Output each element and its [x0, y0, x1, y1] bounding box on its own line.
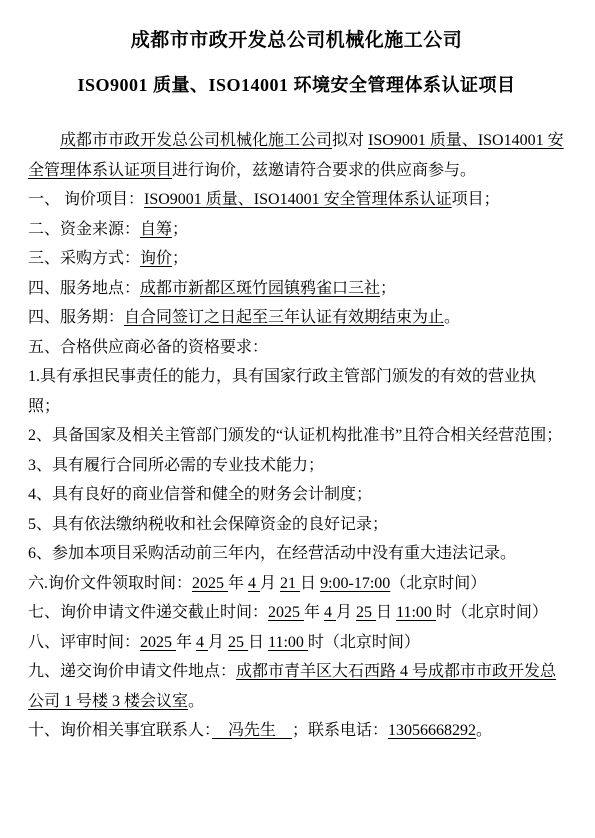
- text-run: 。: [476, 722, 492, 739]
- intro-paragraph: 成都市市政开发总公司机械化施工公司拟对 ISO9001 质量、ISO14001 …: [28, 126, 565, 185]
- item-6-document-collection-time: 六.询价文件领取时间：2025 年 4 月 21 日 9:00-17:00（北京…: [28, 569, 565, 599]
- underlined-text-run: 询价: [140, 250, 172, 267]
- text-run: 。: [444, 309, 460, 326]
- text-run: 时（北京时间）: [308, 634, 420, 651]
- item-8-review-time: 八、评审时间：2025 年 4 月 25 日 11:00 时（北京时间）: [28, 628, 565, 658]
- underlined-text-run: 2025: [268, 604, 304, 621]
- underlined-text-run: 自筹: [140, 221, 172, 238]
- document-page: 成都市市政开发总公司机械化施工公司 ISO9001 质量、ISO14001 环境…: [0, 0, 595, 838]
- text-run: 项目；: [452, 191, 500, 208]
- text-run: ；联系电话：: [292, 722, 388, 739]
- text-run: 拟对: [332, 132, 368, 149]
- text-run: 九、递交询价申请文件地点：: [28, 663, 236, 680]
- text-run: 日: [300, 575, 320, 592]
- requirement-5: 5、具有依法缴纳税收和社会保障资金的良好记录；: [28, 510, 565, 540]
- text-run: 五、合格供应商必备的资格要求：: [28, 339, 268, 356]
- text-run: ；: [172, 250, 188, 267]
- underlined-text-run: 4: [196, 634, 208, 651]
- text-run: ；: [172, 221, 188, 238]
- item-2-funding-source: 二、资金来源：自筹；: [28, 215, 565, 245]
- underlined-text-run: 成都市新都区斑竹园镇鸦雀口三社: [140, 280, 380, 297]
- underlined-text-run: 成都市市政开发总公司机械化施工公司: [60, 132, 332, 149]
- text-run: 三、采购方式：: [28, 250, 140, 267]
- text-run: 年: [176, 634, 196, 651]
- text-run: 年: [304, 604, 324, 621]
- text-run: 时（北京时间）: [436, 604, 548, 621]
- item-10-contact: 十、询价相关事宜联系人： 冯先生 ；联系电话：13056668292。: [28, 716, 565, 746]
- requirement-4: 4、具有良好的商业信誉和健全的财务会计制度；: [28, 480, 565, 510]
- underlined-text-run: 冯先生: [212, 722, 292, 739]
- item-9-submission-address: 九、递交询价申请文件地点：成都市青羊区大石西路 4 号成都市市政开发总公司 1 …: [28, 657, 565, 716]
- text-run: 年: [228, 575, 248, 592]
- underlined-text-run: 13056668292: [388, 722, 476, 739]
- underlined-text-run: 2025: [192, 575, 228, 592]
- document-body: 成都市市政开发总公司机械化施工公司拟对 ISO9001 质量、ISO14001 …: [28, 126, 565, 746]
- text-run: 八、评审时间：: [28, 634, 140, 651]
- text-run: 四、服务地点：: [28, 280, 140, 297]
- underlined-text-run: ISO9001 质量、ISO14001 安全管理体系认证: [144, 191, 452, 208]
- text-run: 日: [376, 604, 396, 621]
- item-1-inquiry-project: 一、 询价项目：ISO9001 质量、ISO14001 安全管理体系认证项目；: [28, 185, 565, 215]
- text-run: 月: [208, 634, 228, 651]
- text-run: 3、具有履行合同所必需的专业技术能力；: [28, 457, 324, 474]
- text-run: 七、询价申请文件递交截止时间：: [28, 604, 268, 621]
- underlined-text-run: 9:00-17:00: [320, 575, 390, 592]
- underlined-text-run: 21: [280, 575, 300, 592]
- text-run: 6、参加本项目采购活动前三年内，在经营活动中没有重大违法记录。: [28, 545, 516, 562]
- text-run: 5、具有依法缴纳税收和社会保障资金的良好记录；: [28, 516, 388, 533]
- text-run: 。: [188, 693, 204, 710]
- underlined-text-run: 2025: [140, 634, 176, 651]
- text-run: 日: [248, 634, 268, 651]
- text-run: 一、 询价项目：: [28, 191, 144, 208]
- text-run: 六.询价文件领取时间：: [28, 575, 192, 592]
- requirement-1: 1.具有承担民事责任的能力，具有国家行政主管部门颁发的有效的营业执照；: [28, 362, 565, 421]
- underlined-text-run: 11:00: [396, 604, 436, 621]
- item-7-submission-deadline: 七、询价申请文件递交截止时间：2025 年 4 月 25 日 11:00 时（北…: [28, 598, 565, 628]
- item-3-procurement-method: 三、采购方式：询价；: [28, 244, 565, 274]
- underlined-text-run: 4: [324, 604, 336, 621]
- underlined-text-run: 11:00: [268, 634, 308, 651]
- text-run: 月: [336, 604, 356, 621]
- document-subtitle: ISO9001 质量、ISO14001 环境安全管理体系认证项目: [28, 73, 565, 98]
- text-run: 四、服务期：: [28, 309, 124, 326]
- text-run: 二、资金来源：: [28, 221, 140, 238]
- underlined-text-run: 25: [356, 604, 376, 621]
- text-run: ；: [380, 280, 396, 297]
- document-title: 成都市市政开发总公司机械化施工公司: [28, 28, 565, 53]
- text-run: 月: [260, 575, 280, 592]
- text-run: （北京时间）: [390, 575, 486, 592]
- requirement-6: 6、参加本项目采购活动前三年内，在经营活动中没有重大违法记录。: [28, 539, 565, 569]
- requirement-2: 2、具备国家及相关主管部门颁发的“认证机构批准书”且符合相关经营范围；: [28, 421, 565, 451]
- text-run: 2、具备国家及相关主管部门颁发的“认证机构批准书”且符合相关经营范围；: [28, 427, 562, 444]
- item-4-service-period: 四、服务期：自合同签订之日起至三年认证有效期结束为止。: [28, 303, 565, 333]
- text-run: 4、具有良好的商业信誉和健全的财务会计制度；: [28, 486, 372, 503]
- text-run: 1.具有承担民事责任的能力，具有国家行政主管部门颁发的有效的营业执照；: [28, 368, 536, 415]
- item-4-service-location: 四、服务地点：成都市新都区斑竹园镇鸦雀口三社；: [28, 274, 565, 304]
- underlined-text-run: 25: [228, 634, 248, 651]
- text-run: 进行询价，兹邀请符合要求的供应商参与。: [172, 162, 476, 179]
- item-5-qualification-heading: 五、合格供应商必备的资格要求：: [28, 333, 565, 363]
- underlined-text-run: 自合同签订之日起至三年认证有效期结束为止: [124, 309, 444, 326]
- text-run: 十、询价相关事宜联系人：: [28, 722, 212, 739]
- underlined-text-run: 4: [248, 575, 260, 592]
- requirement-3: 3、具有履行合同所必需的专业技术能力；: [28, 451, 565, 481]
